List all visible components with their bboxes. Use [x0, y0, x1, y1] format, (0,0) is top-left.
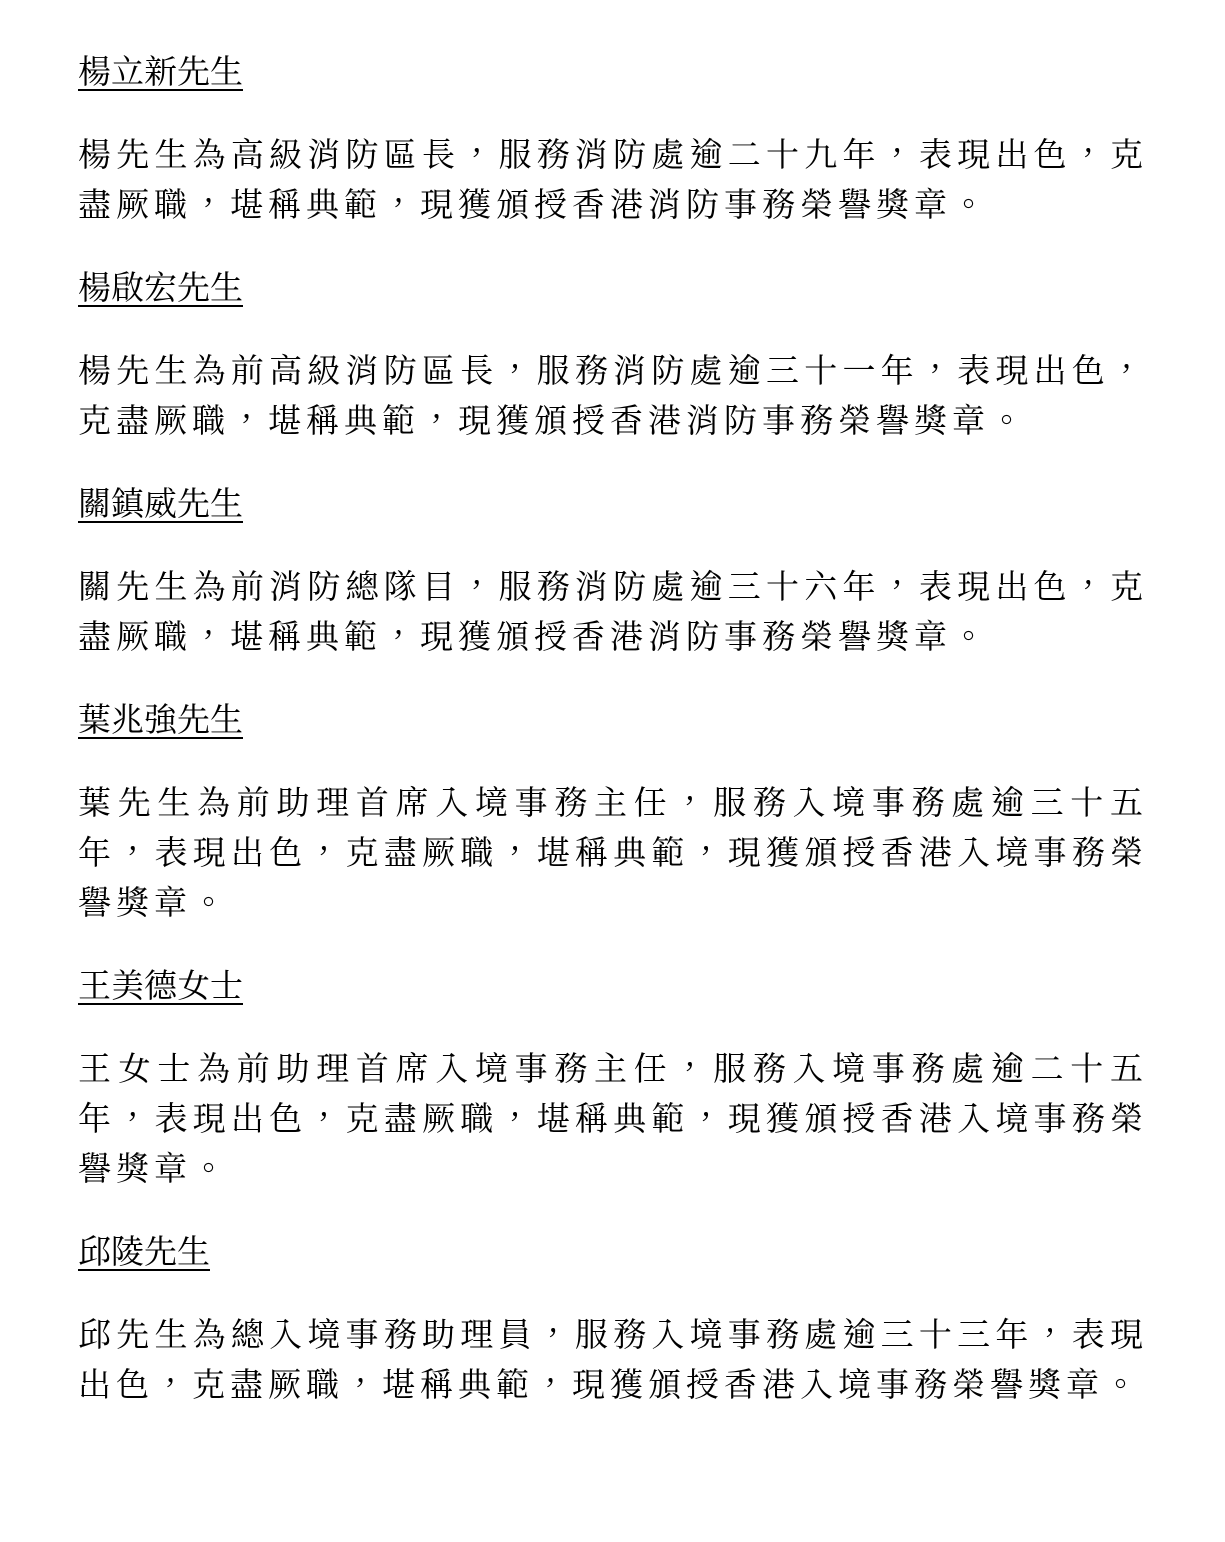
citation-line: 克盡厥職，堪稱典範，現獲頒授香港消防事務榮譽獎章。 — [78, 397, 1148, 447]
honoree-section: 王美德女士 王女士為前助理首席入境事務主任，服務入境事務處逾二十五年，表現出色，… — [78, 962, 1148, 1195]
citation-line: 關先生為前消防總隊目，服務消防處逾三十六年，表現出色，克 — [78, 563, 1148, 613]
citation-line: 盡厥職，堪稱典範，現獲頒授香港消防事務榮譽獎章。 — [78, 181, 1148, 231]
citation-paragraph: 關先生為前消防總隊目，服務消防處逾三十六年，表現出色，克盡厥職，堪稱典範，現獲頒… — [78, 563, 1148, 663]
citation-paragraph: 楊先生為高級消防區長，服務消防處逾二十九年，表現出色，克盡厥職，堪稱典範，現獲頒… — [78, 131, 1148, 231]
honoree-name-heading: 王美德女士 — [78, 962, 1148, 1012]
citation-line: 出色，克盡厥職，堪稱典範，現獲頒授香港入境事務榮譽獎章。 — [78, 1361, 1148, 1411]
citation-line: 譽獎章。 — [78, 879, 1148, 929]
citation-paragraph: 葉先生為前助理首席入境事務主任，服務入境事務處逾三十五年，表現出色，克盡厥職，堪… — [78, 779, 1148, 929]
honoree-name-heading: 楊啟宏先生 — [78, 264, 1148, 314]
honoree-section: 楊立新先生 楊先生為高級消防區長，服務消防處逾二十九年，表現出色，克盡厥職，堪稱… — [78, 48, 1148, 231]
document-page: 楊立新先生 楊先生為高級消防區長，服務消防處逾二十九年，表現出色，克盡厥職，堪稱… — [0, 0, 1225, 1411]
citation-line: 盡厥職，堪稱典範，現獲頒授香港消防事務榮譽獎章。 — [78, 613, 1148, 663]
honoree-section: 葉兆強先生 葉先生為前助理首席入境事務主任，服務入境事務處逾三十五年，表現出色，… — [78, 696, 1148, 929]
citation-paragraph: 楊先生為前高級消防區長，服務消防處逾三十一年，表現出色，克盡厥職，堪稱典範，現獲… — [78, 347, 1148, 447]
citation-line: 年，表現出色，克盡厥職，堪稱典範，現獲頒授香港入境事務榮 — [78, 829, 1148, 879]
citation-line: 邱先生為總入境事務助理員，服務入境事務處逾三十三年，表現 — [78, 1311, 1148, 1361]
citation-line: 葉先生為前助理首席入境事務主任，服務入境事務處逾三十五 — [78, 779, 1148, 829]
honoree-section: 楊啟宏先生 楊先生為前高級消防區長，服務消防處逾三十一年，表現出色，克盡厥職，堪… — [78, 264, 1148, 447]
honoree-name-heading: 楊立新先生 — [78, 48, 1148, 98]
honoree-name-heading: 關鎮威先生 — [78, 480, 1148, 530]
citation-paragraph: 邱先生為總入境事務助理員，服務入境事務處逾三十三年，表現出色，克盡厥職，堪稱典範… — [78, 1311, 1148, 1411]
honoree-section: 邱陵先生 邱先生為總入境事務助理員，服務入境事務處逾三十三年，表現出色，克盡厥職… — [78, 1228, 1148, 1411]
citation-line: 楊先生為高級消防區長，服務消防處逾二十九年，表現出色，克 — [78, 131, 1148, 181]
honoree-section: 關鎮威先生 關先生為前消防總隊目，服務消防處逾三十六年，表現出色，克盡厥職，堪稱… — [78, 480, 1148, 663]
citation-paragraph: 王女士為前助理首席入境事務主任，服務入境事務處逾二十五年，表現出色，克盡厥職，堪… — [78, 1045, 1148, 1195]
citation-line: 年，表現出色，克盡厥職，堪稱典範，現獲頒授香港入境事務榮 — [78, 1095, 1148, 1145]
honoree-name-heading: 葉兆強先生 — [78, 696, 1148, 746]
citation-line: 楊先生為前高級消防區長，服務消防處逾三十一年，表現出色， — [78, 347, 1148, 397]
citation-line: 譽獎章。 — [78, 1145, 1148, 1195]
citation-line: 王女士為前助理首席入境事務主任，服務入境事務處逾二十五 — [78, 1045, 1148, 1095]
honoree-name-heading: 邱陵先生 — [78, 1228, 1148, 1278]
